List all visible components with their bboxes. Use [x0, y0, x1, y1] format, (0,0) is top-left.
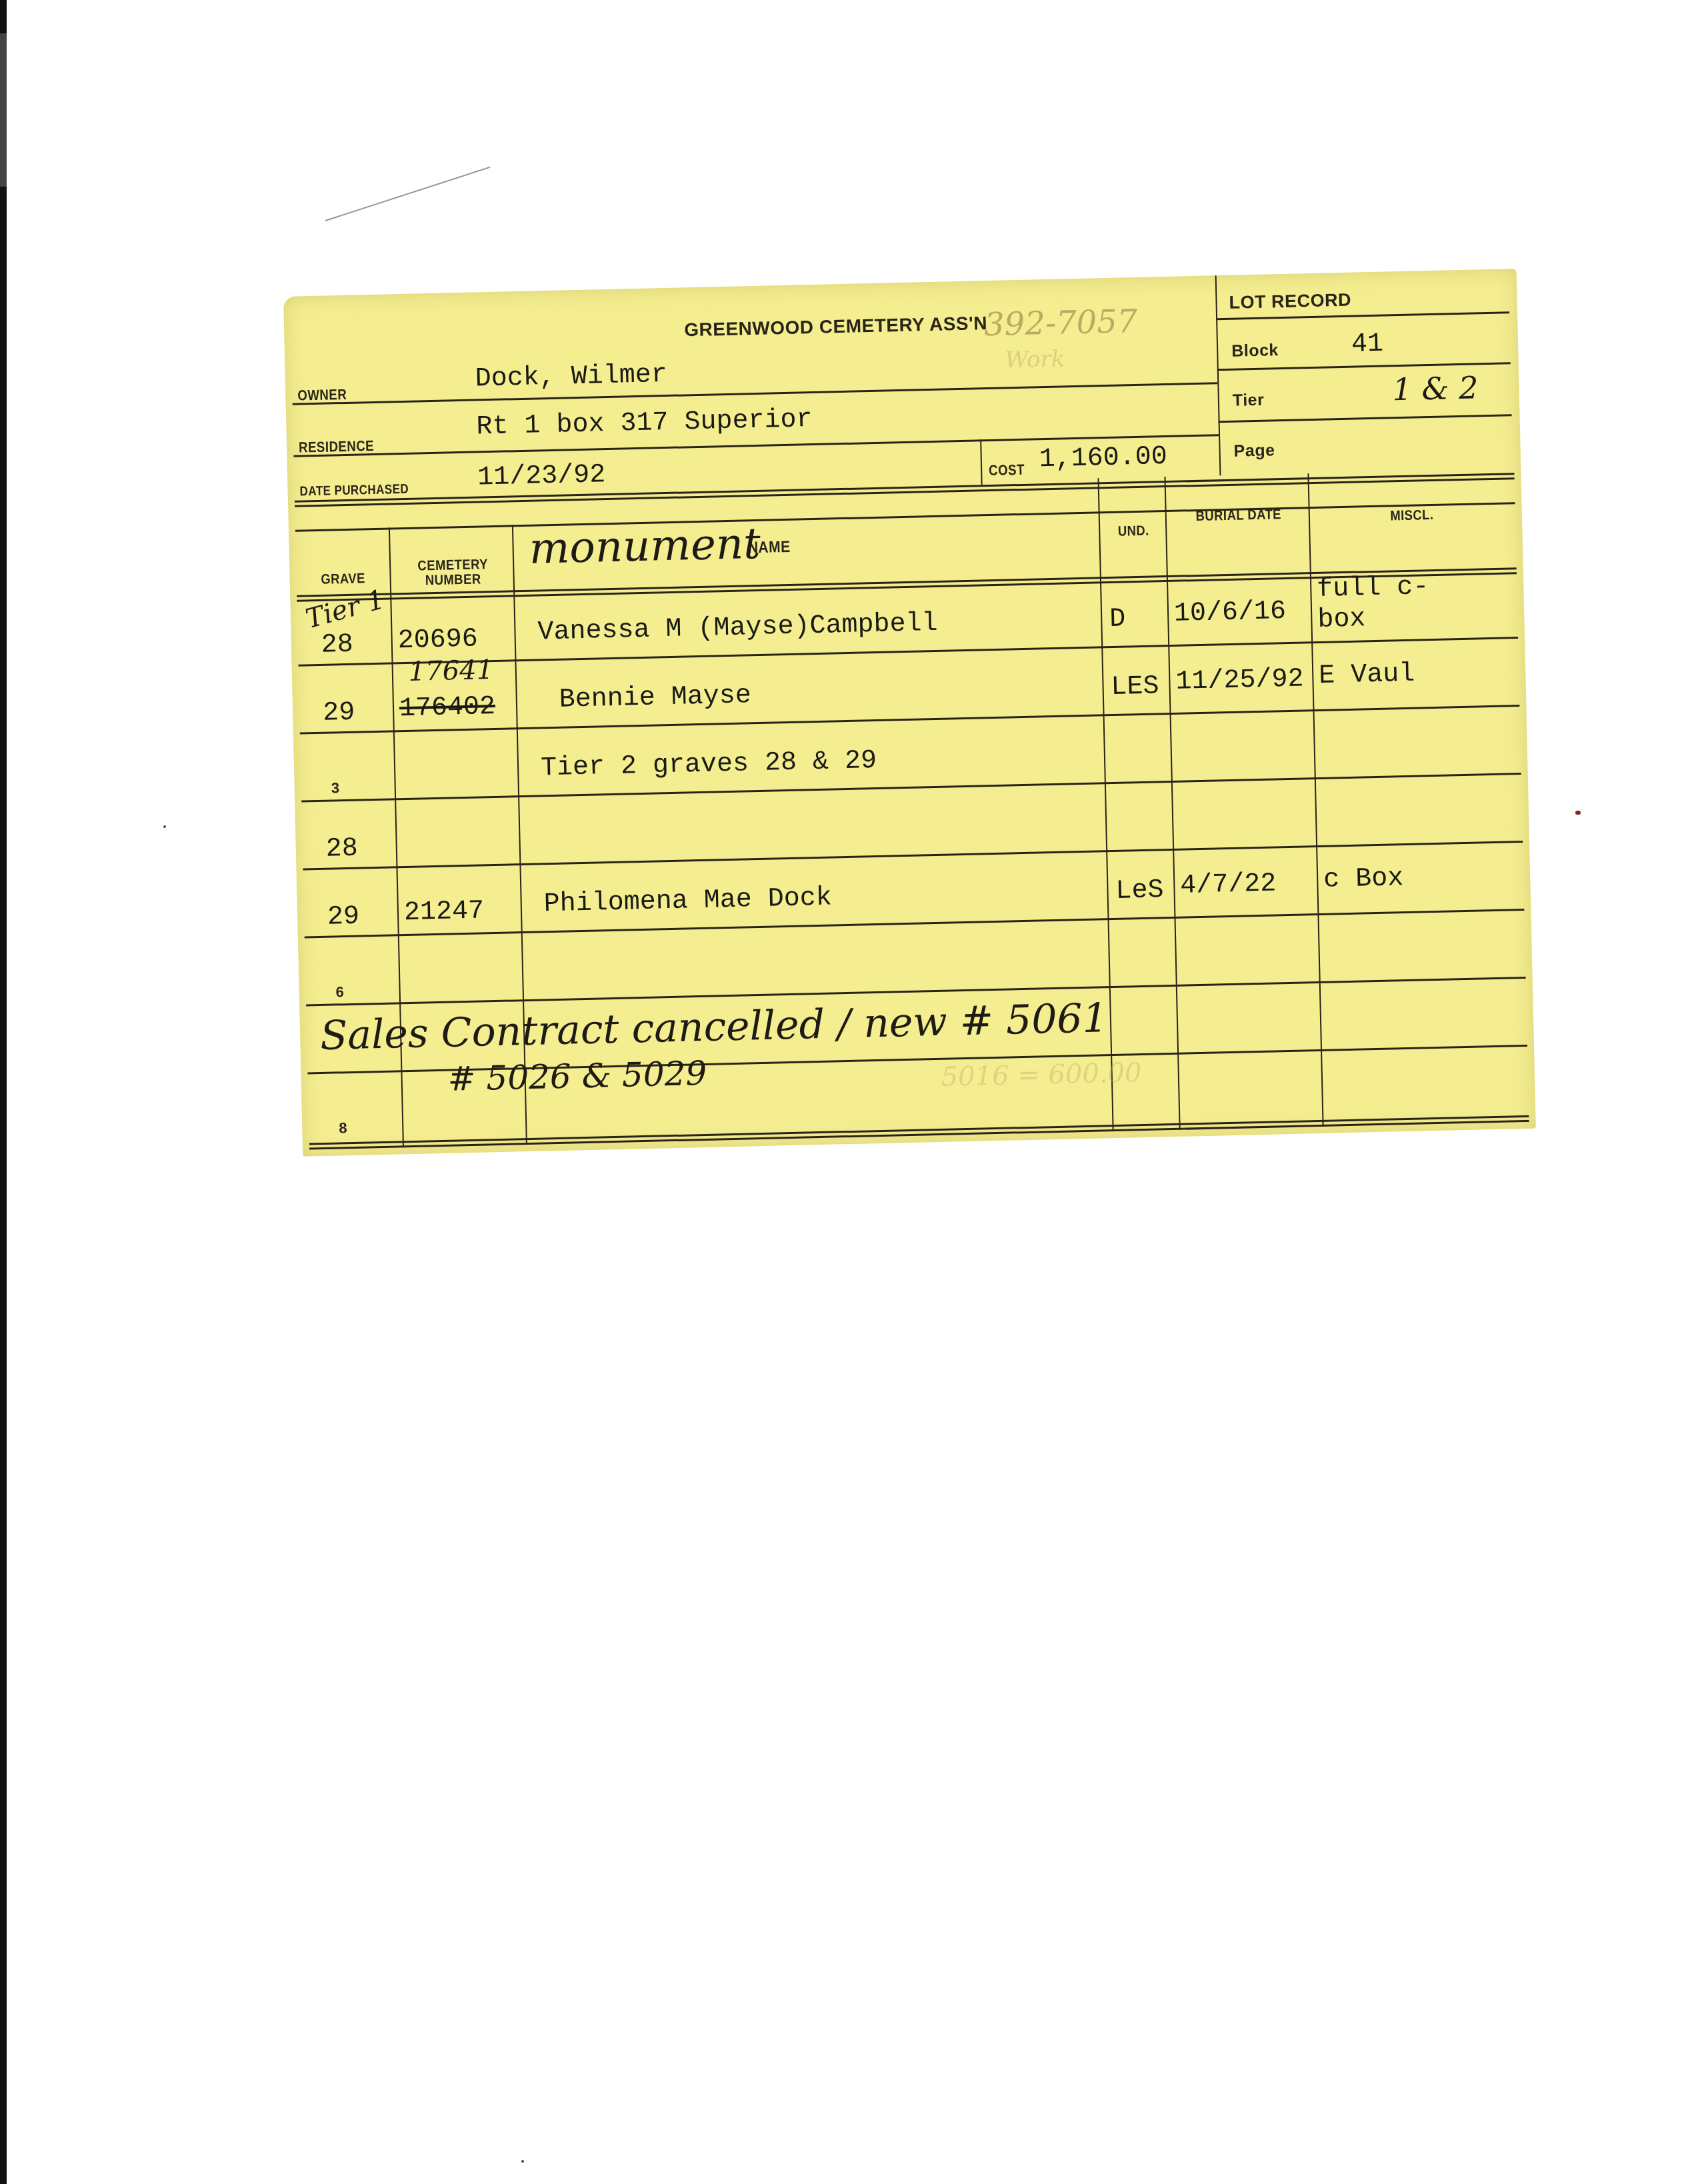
row-rule — [305, 909, 1525, 939]
rule — [293, 382, 1218, 405]
tier-value: 1 & 2 — [1392, 369, 1479, 407]
residence-value: Rt 1 box 317 Superior — [476, 405, 813, 442]
block-value: 41 — [1351, 329, 1384, 360]
stray-pencil-mark — [325, 167, 491, 221]
scan-edge-shadow — [0, 0, 7, 2184]
lot-record-divider — [1215, 275, 1221, 475]
handwritten-note-line2: # 5026 & 5029 — [447, 1054, 707, 1099]
burial-date: 4/7/22 — [1180, 869, 1277, 901]
grave-number: 28 — [321, 630, 353, 661]
burial-date: 10/6/16 — [1174, 597, 1287, 629]
header-grave: GRAVE — [308, 571, 379, 587]
faint-erased-note: 5016 = 600.00 — [941, 1057, 1142, 1093]
grave-number: 28 — [325, 834, 358, 865]
cemetery-number-correction: 17641 — [408, 655, 493, 687]
miscl-value: c Box — [1323, 862, 1457, 896]
grave-number: 29 — [327, 902, 360, 933]
printed-row-number: 8 — [339, 1119, 347, 1137]
row-rule — [301, 773, 1521, 803]
cost-value: 1,160.00 — [1039, 442, 1167, 475]
cemetery-number: 20696 — [397, 625, 478, 657]
und-value: LES — [1111, 671, 1159, 703]
cost-divider — [980, 439, 983, 485]
owner-value: Dock, Wilmer — [475, 360, 667, 395]
cemetery-number: 176402 — [399, 692, 496, 724]
card-title: GREENWOOD CEMETERY ASS'N — [684, 313, 987, 341]
miscl-value: full c-box — [1317, 571, 1451, 636]
phone-note-faint: Work — [1005, 345, 1065, 373]
und-value: D — [1109, 604, 1126, 635]
block-label: Block — [1231, 341, 1279, 361]
miscl-value: E Vaul — [1319, 658, 1453, 692]
speck — [1575, 811, 1581, 815]
speck — [163, 825, 166, 828]
phone-handwritten: 392-7057 — [984, 303, 1138, 343]
header-miscl: MISCL. — [1339, 507, 1485, 525]
und-value: LeS — [1115, 875, 1164, 907]
burial-name: Bennie Mayse — [559, 681, 751, 715]
tier-label: Tier — [1233, 391, 1265, 411]
tier-annotation: Tier 1 — [303, 584, 388, 635]
date-purchased-label: DATE PURCHASED — [299, 482, 409, 500]
cemetery-number: 21247 — [404, 896, 485, 928]
handwritten-note-line1: Sales Contract cancelled / new # 5061 — [319, 995, 1108, 1059]
header-cemetery-number: CEMETERY NUMBER — [409, 557, 497, 589]
rule — [1216, 311, 1509, 320]
burial-name: Tier 2 graves 28 & 29 — [541, 746, 877, 783]
burial-date: 11/25/92 — [1175, 664, 1304, 697]
rule — [295, 502, 1515, 532]
lot-record-title: LOT RECORD — [1229, 290, 1351, 313]
printed-row-number: 3 — [331, 779, 339, 797]
header-und: UND. — [1107, 523, 1160, 539]
burial-name: Philomena Mae Dock — [543, 883, 832, 920]
printed-row-number: 6 — [335, 983, 344, 1001]
speck — [521, 2160, 524, 2163]
name-header-annotation: monument — [529, 519, 761, 574]
double-rule — [309, 1115, 1529, 1150]
date-purchased-value: 11/23/92 — [477, 460, 606, 493]
rule — [1219, 414, 1512, 423]
cost-label: COST — [989, 461, 1025, 479]
burial-name: Vanessa M (Mayse)Campbell — [537, 609, 938, 648]
page-label: Page — [1233, 441, 1275, 461]
header-burial-date: BURIAL DATE — [1189, 507, 1289, 524]
grave-number: 29 — [323, 698, 355, 729]
lot-record-card: GREENWOOD CEMETERY ASS'N 392-7057 Work L… — [283, 269, 1536, 1157]
